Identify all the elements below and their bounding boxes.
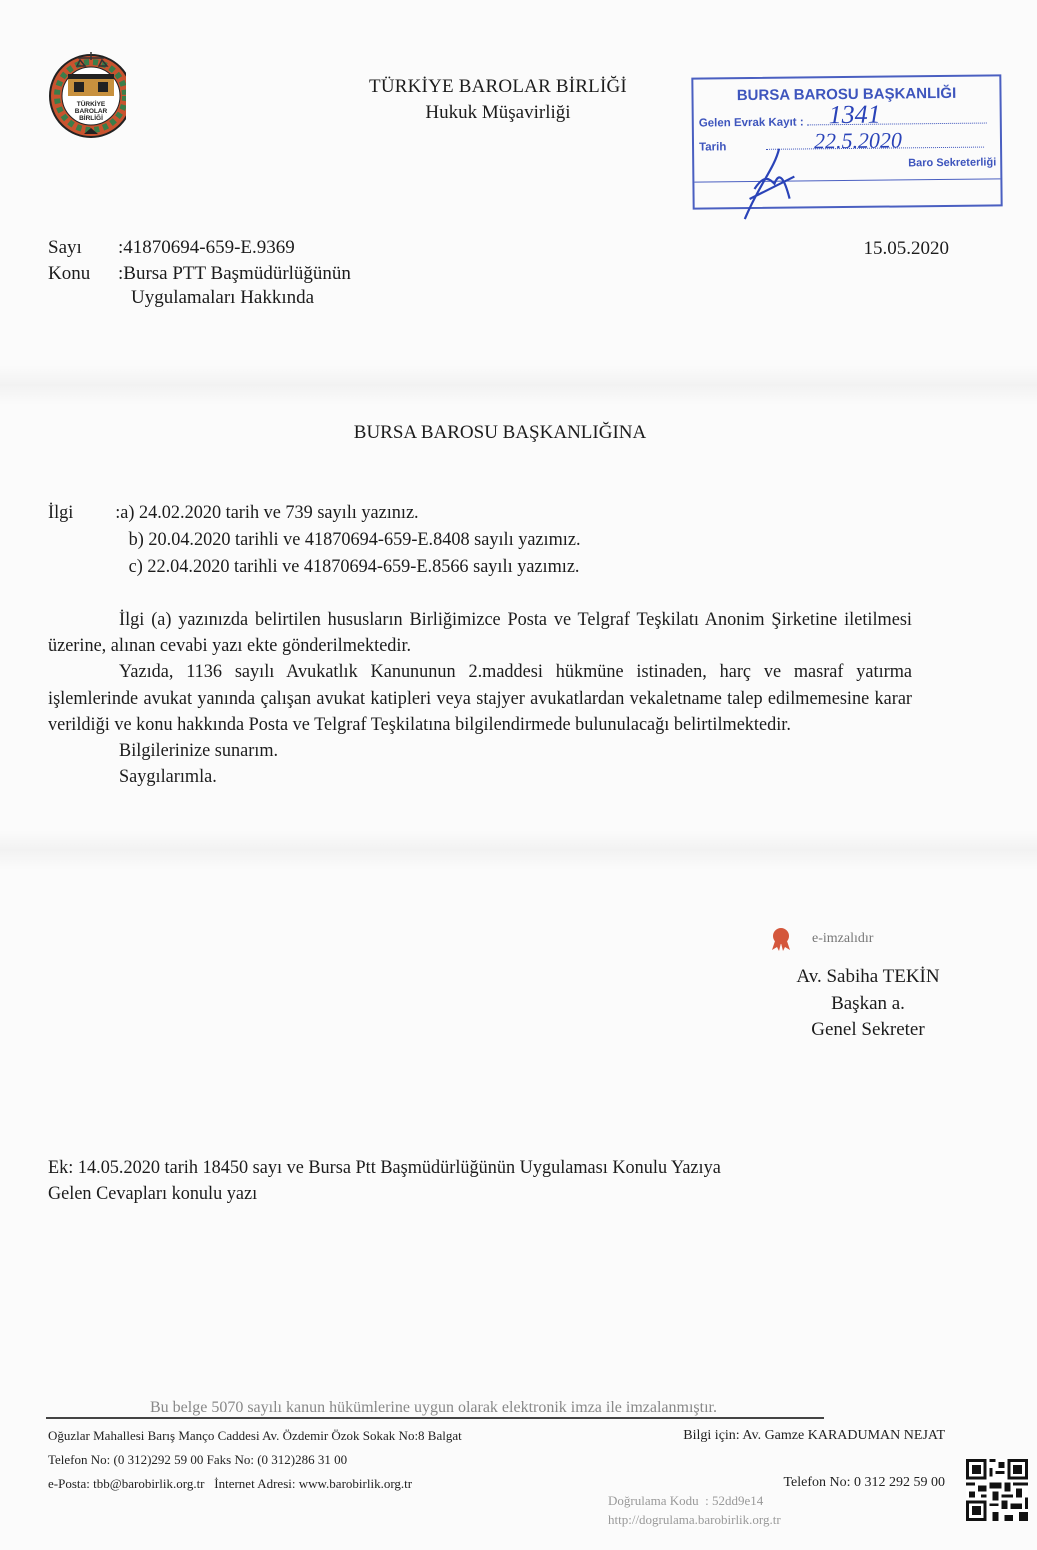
verification-url[interactable]: http://dogrulama.barobirlik.org.tr [608,1512,781,1528]
attachment-note: Ek: 14.05.2020 tarih 18450 sayı ve Bursa… [48,1155,893,1207]
footer-divider [46,1417,824,1419]
sayi-value: :41870694-659-E.9369 [118,235,295,260]
footer-address: Oğuzlar Mahallesi Barış Manço Caddesi Av… [48,1428,462,1444]
konu-value-cont: Uygulamaları Hakkında [131,285,314,310]
esign-label: e-imzalıdır [812,931,873,946]
ilgi-label: İlgi [48,500,73,526]
paper-fold [0,365,1037,405]
footer-email-web: e-Posta: tbb@barobirlik.org.tr İnternet … [48,1476,412,1492]
body-paragraph: İlgi (a) yazınızda belirtilen hususların… [48,607,912,659]
qr-code-icon[interactable] [966,1459,1028,1521]
reference-list: İlgi :a) 24.02.2020 tarih ve 739 sayılı … [2,500,770,580]
footer-contact: Bilgi için: Av. Gamze KARADUMAN NEJAT [683,1428,945,1444]
closing-line: Bilgilerinize sunarım. [48,738,912,764]
signer-title: Başkan a. [748,991,988,1016]
handwritten-initials-icon [693,76,1001,229]
footer-phone-fax: Telefon No: (0 312)292 59 00 Faks No: (0… [48,1452,347,1468]
closing-line: Saygılarımla. [48,764,912,790]
bar-association-emblem-icon: TÜRKİYE BAROLAR BİRLİĞİ [28,26,126,138]
reference-item: c) 22.04.2020 tarihli ve 41870694-659-E.… [129,554,580,580]
document-date: 15.05.2020 [864,238,950,260]
document-meta: Sayı :41870694-659-E.9369 Konu :Bursa PT… [0,235,600,315]
svg-text:BAROLAR: BAROLAR [75,108,108,115]
svg-text:BİRLİĞİ: BİRLİĞİ [79,113,103,122]
konu-label: Konu [48,261,90,286]
reference-item: :a) 24.02.2020 tarih ve 739 sayılı yazın… [115,500,418,526]
verification-code: Doğrulama Kodu : 52dd9e14 [608,1493,763,1509]
seal-rosette-icon [770,926,792,952]
letter-body: İlgi (a) yazınızda belirtilen hususların… [48,607,912,790]
reference-item: b) 20.04.2020 tarihli ve 41870694-659-E.… [129,527,581,553]
svg-text:TÜRKİYE: TÜRKİYE [77,99,106,108]
konu-value: :Bursa PTT Başmüdürlüğünün [118,261,351,286]
received-stamp: BURSA BAROSU BAŞKANLIĞI Gelen Evrak Kayı… [691,74,1002,209]
signer-title: Genel Sekreter [748,1017,988,1042]
attachment-line: Ek: 14.05.2020 tarih 18450 sayı ve Bursa… [48,1155,893,1181]
department-name: Hukuk Müşavirliği [290,102,706,124]
body-paragraph: Yazıda, 1136 sayılı Avukatlık Kanununun … [48,659,912,738]
organization-name: TÜRKİYE BAROLAR BİRLİĞİ [290,76,706,98]
sayi-label: Sayı [48,235,82,260]
addressee: BURSA BAROSU BAŞKANLIĞINA [0,422,1000,444]
signer-name: Av. Sabiha TEKİN [748,964,988,989]
esign-legal-notice: Bu belge 5070 sayılı kanun hükümlerine u… [150,1399,717,1417]
esign-indicator: e-imzalıdır [770,926,873,952]
attachment-line: Gelen Cevapları konulu yazı [48,1181,893,1207]
footer-contact-phone: Telefon No: 0 312 292 59 00 [783,1475,945,1491]
paper-fold [0,830,1037,870]
